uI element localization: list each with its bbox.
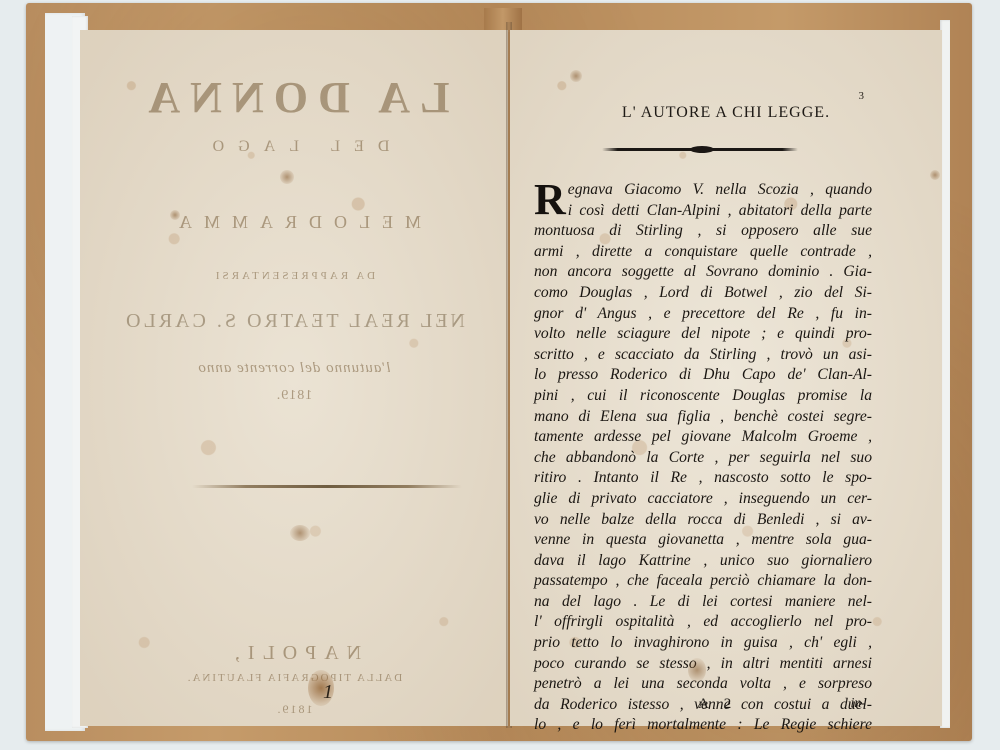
signature-mark: A 2 bbox=[698, 696, 737, 713]
ghost-theatre: NEL REAL TEATRO S. CARLO bbox=[80, 310, 508, 333]
text-line: egnava Giacomo V. nella Scozia , quando bbox=[534, 180, 872, 201]
text-line: l' offrirgli ospitalità , ed accoglierlo… bbox=[534, 612, 872, 633]
text-line: venne in questa giovanetta , mentre sola… bbox=[534, 530, 872, 551]
text-line: i così detti Clan-Alpini , abitatori del… bbox=[534, 201, 872, 222]
page-heading: L' AUTORE A CHI LEGGE. bbox=[510, 104, 942, 122]
text-line: na del lago . Le di lei cortesi maniere … bbox=[534, 592, 872, 613]
text-line: ritiro . Intanto il Re , nascosto sotto … bbox=[534, 468, 872, 489]
ornament-rule bbox=[602, 148, 798, 151]
text-line: lo presso Roderico di Dhu Capo de' Clan-… bbox=[534, 365, 872, 386]
book-spine-top bbox=[484, 8, 522, 32]
text-line: lo , e lo ferì mortalmente : Le Regie sc… bbox=[534, 715, 872, 736]
text-line: prio tetto lo invaghirono in guisa , ch'… bbox=[534, 633, 872, 654]
text-line: glie di privato cacciatore , inseguendo … bbox=[534, 489, 872, 510]
right-page: 3 L' AUTORE A CHI LEGGE. R egnava Giacom… bbox=[510, 30, 942, 726]
foxing-spot bbox=[290, 525, 310, 541]
text-line: dava il lago Kattrine , unico suo giorna… bbox=[534, 551, 872, 572]
foxing-spot bbox=[930, 170, 940, 180]
left-page: LA DONNA DEL LAGO MELODRAMMA DA RAPPRESE… bbox=[80, 30, 508, 726]
text-line: mano di Elena sua figlia , benchè costei… bbox=[534, 407, 872, 428]
ghost-subtitle: DEL LAGO bbox=[80, 138, 508, 156]
text-line: passatempo , che faceala perciò chiamare… bbox=[534, 571, 872, 592]
text-line: volto nelle sciagure del nipote ; e quin… bbox=[534, 324, 872, 345]
text-line: montuosa di Stirling , si opposero alle … bbox=[534, 221, 872, 242]
text-line: scritto , e scacciato da Stirling , trov… bbox=[534, 345, 872, 366]
foxing-spot bbox=[570, 70, 582, 82]
ghost-ornament-rule bbox=[192, 485, 462, 488]
ghost-year: 1819. bbox=[80, 388, 508, 404]
text-line: pini , cui il riconoscente Douglas promi… bbox=[534, 386, 872, 407]
ghost-line: DA RAPPRESENTARSI bbox=[80, 270, 508, 282]
ghost-city: NAPOLI, bbox=[80, 642, 508, 665]
drop-cap: R bbox=[534, 182, 566, 218]
page-number: 3 bbox=[859, 90, 865, 102]
photo-scene: LA DONNA DEL LAGO MELODRAMMA DA RAPPRESE… bbox=[0, 0, 1000, 750]
ghost-genre: MELODRAMMA bbox=[80, 212, 508, 233]
ink-mark: 1 bbox=[323, 681, 333, 704]
ghost-printer: DALLA TIPOGRAFIA FLAUTINA. bbox=[80, 672, 508, 684]
text-line: non ancora soggette al Sovrano dominio .… bbox=[534, 262, 872, 283]
catchword: in- bbox=[850, 696, 866, 712]
text-line: tamente ardesse pel giovane Malcolm Groe… bbox=[534, 427, 872, 448]
foxing-spot bbox=[280, 170, 294, 184]
foxing-spot bbox=[170, 210, 180, 220]
text-line: gnor d' Angus , e precettore del Re , fu… bbox=[534, 304, 872, 325]
text-line: che abbandonò la Corte , per seguirla ne… bbox=[534, 448, 872, 469]
ghost-season: l'autunno del corrente anno bbox=[80, 360, 508, 377]
ghost-title: LA DONNA bbox=[80, 72, 508, 123]
preface-text: R egnava Giacomo V. nella Scozia , quand… bbox=[534, 180, 872, 736]
text-line: como Douglas , Lord di Botwel , zio del … bbox=[534, 283, 872, 304]
text-line: vo nelle balze della rocca di Benledi , … bbox=[534, 510, 872, 531]
text-line: armi , dirette a conquistare quelle cont… bbox=[534, 242, 872, 263]
foxing-spot bbox=[688, 658, 706, 682]
ghost-imprint-year: 1819. bbox=[80, 702, 508, 717]
